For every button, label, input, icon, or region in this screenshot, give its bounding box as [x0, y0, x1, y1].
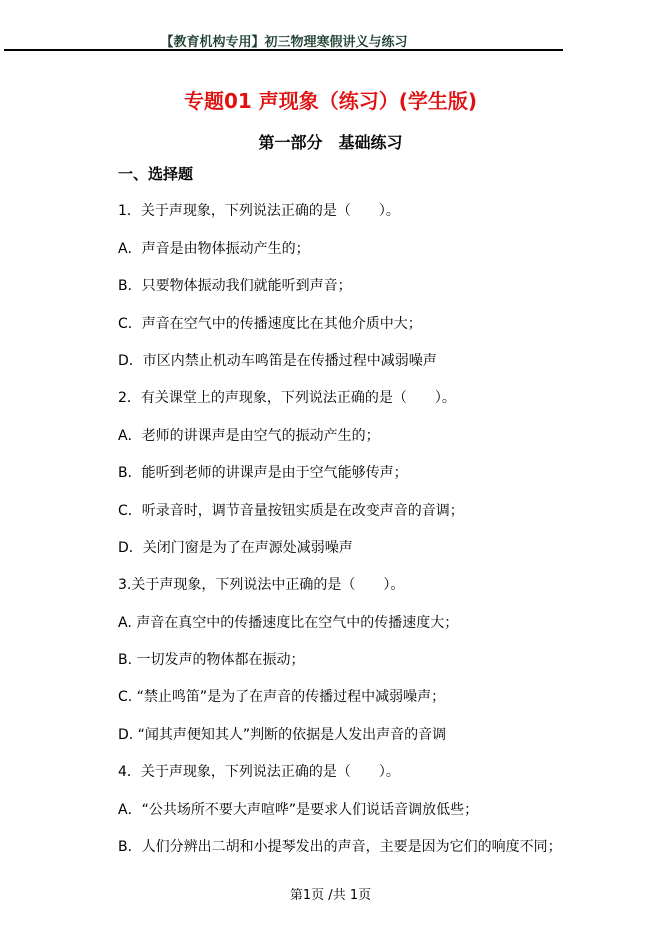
question-1-option-a: A．声音是由物体振动产生的；	[118, 231, 618, 268]
question-1-option-c: C．声音在空气中的传播速度比在其他介质中大；	[118, 306, 618, 343]
question-2-option-a: A．老师的讲课声是由空气的振动产生的；	[118, 418, 618, 455]
part-heading: 一、选择题	[118, 156, 618, 193]
section-heading: 第一部分 基础练习	[0, 130, 661, 153]
question-2-stem: 2．有关课堂上的声现象，下列说法正确的是（ ）。	[118, 380, 618, 417]
question-4-stem: 4．关于声现象，下列说法正确的是（ ）。	[118, 754, 618, 791]
document-title: 专题01 声现象（练习）(学生版)	[0, 85, 661, 114]
question-1-option-b: B．只要物体振动我们就能听到声音；	[118, 268, 618, 305]
question-3-option-d: D. “闻其声便知其人”判断的依据是人发出声音的音调	[118, 717, 618, 754]
question-3-option-c: C. “禁止鸣笛”是为了在声音的传播过程中减弱噪声；	[118, 679, 618, 716]
question-2-option-c: C．听录音时，调节音量按钮实质是在改变声音的音调；	[118, 493, 618, 530]
question-4-option-b: B．人们分辨出二胡和小提琴发出的声音，主要是因为它们的响度不同；	[118, 829, 618, 866]
question-3-option-a: A. 声音在真空中的传播速度比在空气中的传播速度大；	[118, 605, 618, 642]
document-body: 一、选择题 1．关于声现象，下列说法正确的是（ ）。 A．声音是由物体振动产生的…	[118, 156, 618, 866]
question-4-option-a: A．“公共场所不要大声喧哗”是要求人们说话音调放低些；	[118, 792, 618, 829]
question-1-stem: 1．关于声现象，下列说法正确的是（ ）。	[118, 193, 618, 230]
document-page: 【教育机构专用】初三物理寒假讲义与练习 专题01 声现象（练习）(学生版) 第一…	[0, 0, 661, 935]
header-title: 【教育机构专用】初三物理寒假讲义与练习	[4, 31, 564, 50]
question-3-stem: 3.关于声现象，下列说法中正确的是（ ）。	[118, 567, 618, 604]
header-divider	[4, 49, 563, 51]
question-2-option-b: B．能听到老师的讲课声是由于空气能够传声；	[118, 455, 618, 492]
question-2-option-d: D．关闭门窗是为了在声源处减弱噪声	[118, 530, 618, 567]
question-3-option-b: B. 一切发声的物体都在振动；	[118, 642, 618, 679]
page-footer: 第1页 /共 1页	[0, 884, 661, 903]
question-1-option-d: D．市区内禁止机动车鸣笛是在传播过程中减弱噪声	[118, 343, 618, 380]
